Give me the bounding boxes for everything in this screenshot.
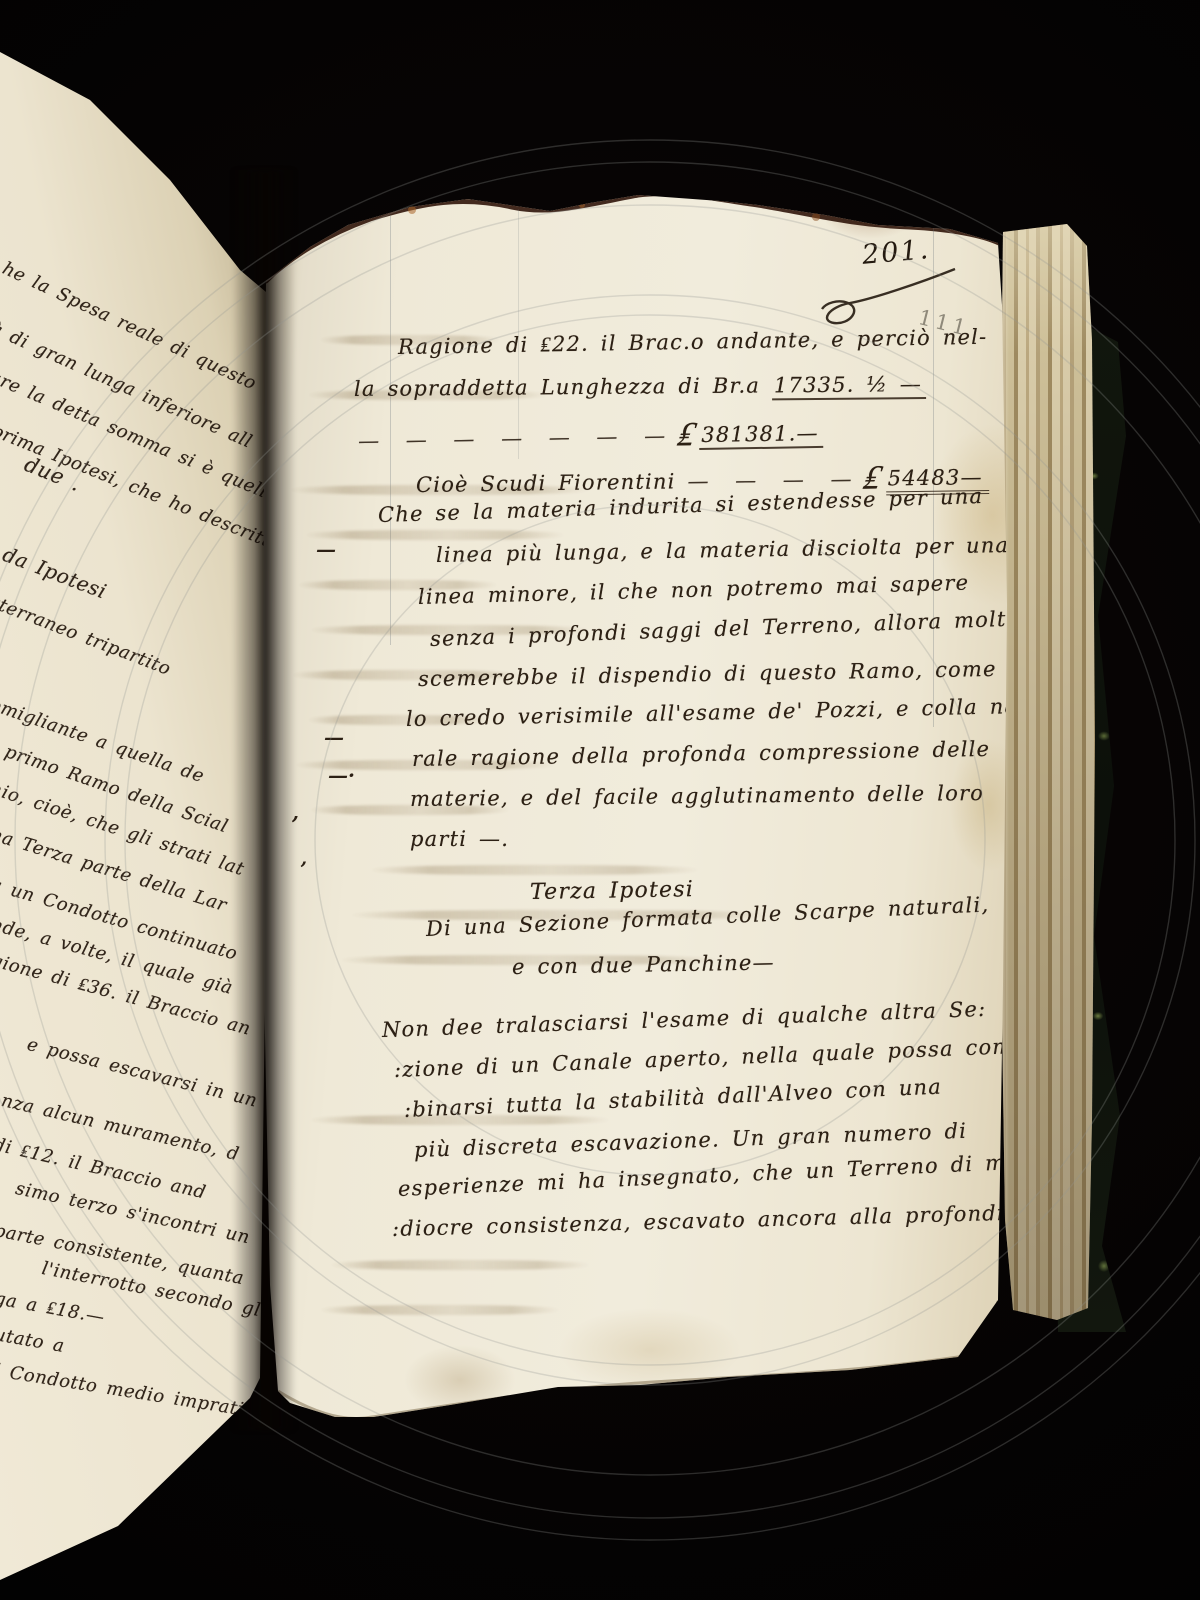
- sum-value: 17335. ½ —: [772, 372, 926, 400]
- sum-value: 381381.—: [699, 421, 823, 450]
- left-page-line: ga a ₤18.—: [0, 1288, 106, 1328]
- dash-leader: — — — — — — —: [358, 424, 673, 453]
- left-page-line: e possa escavarsi in un: [25, 1034, 260, 1112]
- manuscript-line: — — — — — — —₤381381.—: [358, 409, 823, 457]
- bleedthrough-smudge: [305, 530, 565, 540]
- line-text: e con due Panchine—: [512, 950, 775, 979]
- left-page-line: utato a: [0, 1324, 66, 1357]
- margin-mark: —: [324, 725, 344, 749]
- margin-mark: —·: [328, 763, 355, 787]
- page-number-flourish: [810, 255, 960, 325]
- line-text: la sopraddetta Lunghezza di Br.a: [354, 373, 772, 401]
- bleedthrough-smudge: [370, 865, 700, 875]
- margin-mark: —: [316, 537, 336, 561]
- manuscript-photo: he la Spesa reale di questo à di gran lu…: [0, 0, 1200, 1600]
- manuscript-line: parti —.: [410, 827, 509, 851]
- page-stack-fore-edge: [995, 220, 1097, 1344]
- margin-mark: ’: [300, 857, 307, 881]
- left-page-line: he la Spesa reale di questo: [0, 258, 260, 394]
- left-page-line: da Ipotesi: [0, 542, 110, 604]
- right-page: 201. 111 — — —· , ’ Ragione di ₤22. il B…: [250, 185, 1012, 1417]
- manuscript-line: la sopraddetta Lunghezza di Br.a 17335. …: [354, 372, 926, 401]
- heading-text: Terza Ipotesi: [530, 877, 694, 905]
- line-text: parti —.: [410, 827, 509, 851]
- section-heading: Terza Ipotesi: [530, 877, 694, 905]
- lira-sign: ₤: [675, 414, 701, 454]
- gutter-shadow: [232, 170, 296, 1430]
- bleedthrough-smudge: [320, 1305, 560, 1315]
- left-page-line: tterraneo tripartito: [0, 592, 174, 680]
- manuscript-line: e con due Panchine—: [512, 950, 775, 979]
- line-text: Cioè Scudi Fiorentini: [416, 469, 676, 497]
- bleedthrough-smudge: [330, 1260, 590, 1270]
